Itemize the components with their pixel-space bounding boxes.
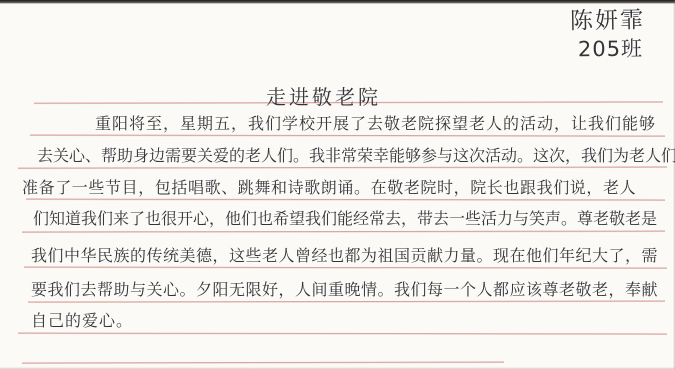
rule-line xyxy=(26,199,665,201)
essay-line-5: 我们中华民族的传统美德，这些老人曾经也都为祖国贡献力量。现在他们年纪大了，需 xyxy=(31,246,658,266)
essay-line-6: 要我们去帮助与关心。夕阳无限好，人间重晚情。我们每一个人都应该尊老敬老，奉献 xyxy=(31,280,658,300)
rule-line xyxy=(18,166,667,168)
rule-line xyxy=(22,231,665,233)
essay-line-1: 重阳将至，星期五，我们学校开展了去敬老院探望老人的活动，让我们能够 xyxy=(95,114,656,134)
student-name: 陈妍霏 xyxy=(570,7,645,35)
rule-line xyxy=(28,300,665,302)
rule-line xyxy=(22,361,504,363)
rule-line xyxy=(18,333,667,335)
essay-line-3: 准备了一些节目，包括唱歌、跳舞和诗歌朗诵。在敬老院时，院长也跟我们说，老人 xyxy=(22,178,636,198)
essay-line-2: 去关心、帮助身边需要关爱的老人们。我非常荣幸能够参与这次活动。这次，我们为老人们 xyxy=(37,146,675,166)
essay-line-4: 们知道我们来了也很开心，他们也希望我们能经常去，带去一些活力与笑声。尊老敬老是 xyxy=(33,209,657,229)
essay-title: 走进敬老院 xyxy=(266,81,381,110)
notebook-page: 陈妍霏 205班 走进敬老院 重阳将至，星期五，我们学校开展了去敬老院探望老人的… xyxy=(0,0,675,369)
rule-line xyxy=(30,134,665,136)
essay-line-7: 自己的爱心。 xyxy=(31,311,133,331)
class-label: 205班 xyxy=(570,37,643,62)
rule-line xyxy=(24,266,667,268)
scan-edge-top xyxy=(0,0,675,4)
signature-block: 陈妍霏 205班 xyxy=(570,8,645,61)
